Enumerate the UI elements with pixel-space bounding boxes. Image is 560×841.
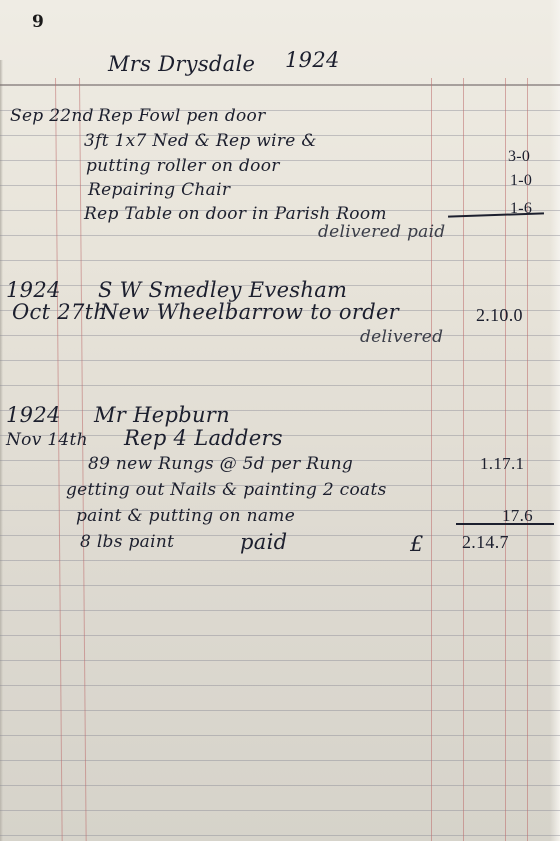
entry-line: Rep Fowl pen door <box>98 106 266 126</box>
entry-customer: Mr Hepburn <box>94 403 230 427</box>
entry-amount: 1.17.1 <box>480 454 524 474</box>
entry-header-customer: Mrs Drysdale <box>108 52 255 76</box>
entry-year: 1924 <box>6 278 61 302</box>
entry-date: Sep 22nd <box>10 106 94 126</box>
entry-line: putting roller on door <box>86 156 280 176</box>
entry-total: 2.14.7 <box>462 532 509 553</box>
entry-date: Nov 14th <box>6 430 88 450</box>
entry-amount: 1-0 <box>510 172 532 190</box>
entry-amount: 3-0 <box>508 148 530 166</box>
entry-amount: 2.10.0 <box>476 305 523 326</box>
page-edge-right <box>550 0 560 841</box>
total-rule <box>456 523 554 525</box>
entry-note: paid <box>240 530 287 554</box>
entry-year: 1924 <box>6 403 61 427</box>
entry-line: 8 lbs paint <box>80 532 174 552</box>
entry-line: 89 new Rungs @ 5d per Rung <box>88 454 353 474</box>
entry-date: Oct 27th <box>12 300 107 324</box>
entry-amount: 1-6 <box>510 200 532 218</box>
entry-line: paint & putting on name <box>76 506 295 526</box>
entry-line: New Wheelbarrow to order <box>100 300 399 324</box>
total-currency-symbol: £ <box>410 532 424 556</box>
entry-note: delivered paid <box>318 222 446 242</box>
ledger-page: 9 Mrs Drysdale 1924 Sep 22nd Rep Fowl pe… <box>0 0 560 841</box>
entry-note: delivered <box>360 327 443 347</box>
entry-line: Rep Table on door in Parish Room <box>84 204 387 224</box>
page-number: 9 <box>32 12 44 32</box>
entry-line: 3ft 1x7 Ned & Rep wire & <box>84 131 317 151</box>
entry-line: getting out Nails & painting 2 coats <box>66 480 387 500</box>
entry-line: Repairing Chair <box>88 180 230 200</box>
entry-line: Rep 4 Ladders <box>124 426 283 450</box>
entry-header-year: 1924 <box>285 48 340 72</box>
entry-customer: S W Smedley Evesham <box>98 278 347 302</box>
page-edge-left <box>0 60 3 841</box>
